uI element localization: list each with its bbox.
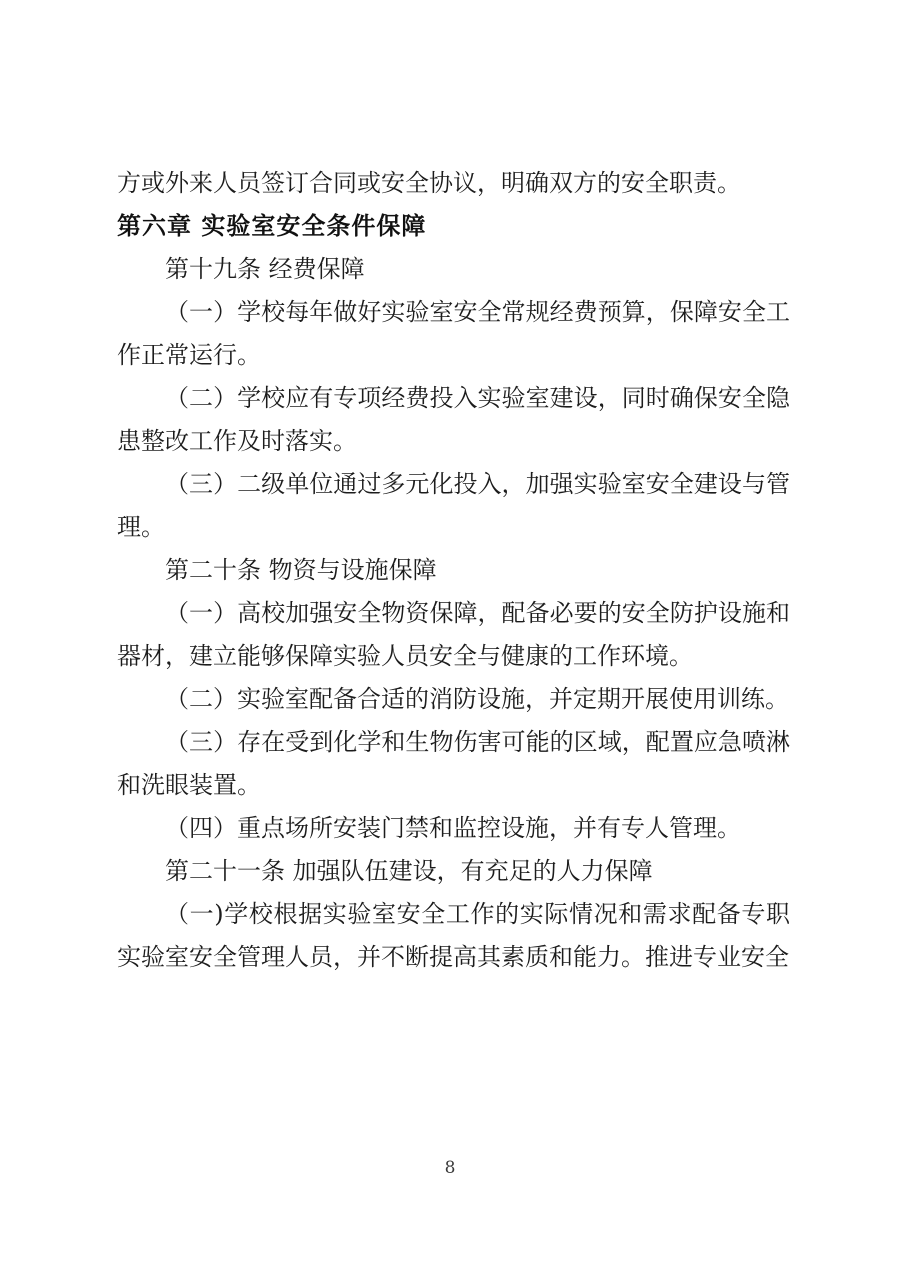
article-20-clause-1: （一）高校加强安全物资保障，配备必要的安全防护设施和器材，建立能够保障实验人员安… bbox=[117, 592, 790, 678]
article-19-clause-2: （二）学校应有专项经费投入实验室建设，同时确保安全隐患整改工作及时落实。 bbox=[117, 377, 790, 463]
article-19-clause-3: （三）二级单位通过多元化投入，加强实验室安全建设与管理。 bbox=[117, 463, 790, 549]
article-20-clause-2: （二）实验室配备合适的消防设施，并定期开展使用训练。 bbox=[117, 678, 790, 721]
article-19-clause-1: （一）学校每年做好实验室安全常规经费预算，保障安全工作正常运行。 bbox=[117, 291, 790, 377]
article-20-title: 第二十条 物资与设施保障 bbox=[117, 549, 790, 592]
article-21-clause-1: （一)学校根据实验室安全工作的实际情况和需求配备专职实验室安全管理人员，并不断提… bbox=[117, 893, 790, 979]
document-page: 方或外来人员签订合同或安全协议，明确双方的安全职责。 第六章 实验室安全条件保障… bbox=[0, 0, 900, 1272]
article-20-clause-3: （三）存在受到化学和生物伤害可能的区域，配置应急喷淋和洗眼装置。 bbox=[117, 721, 790, 807]
article-20-clause-4: （四）重点场所安装门禁和监控设施，并有专人管理。 bbox=[117, 807, 790, 850]
page-number: 8 bbox=[0, 1156, 900, 1180]
article-19-title: 第十九条 经费保障 bbox=[117, 248, 790, 291]
article-21-title: 第二十一条 加强队伍建设，有充足的人力保障 bbox=[117, 850, 790, 893]
chapter-heading: 第六章 实验室安全条件保障 bbox=[117, 205, 790, 248]
page-content: 方或外来人员签订合同或安全协议，明确双方的安全职责。 第六章 实验室安全条件保障… bbox=[0, 0, 900, 979]
continuation-paragraph: 方或外来人员签订合同或安全协议，明确双方的安全职责。 bbox=[117, 162, 790, 205]
